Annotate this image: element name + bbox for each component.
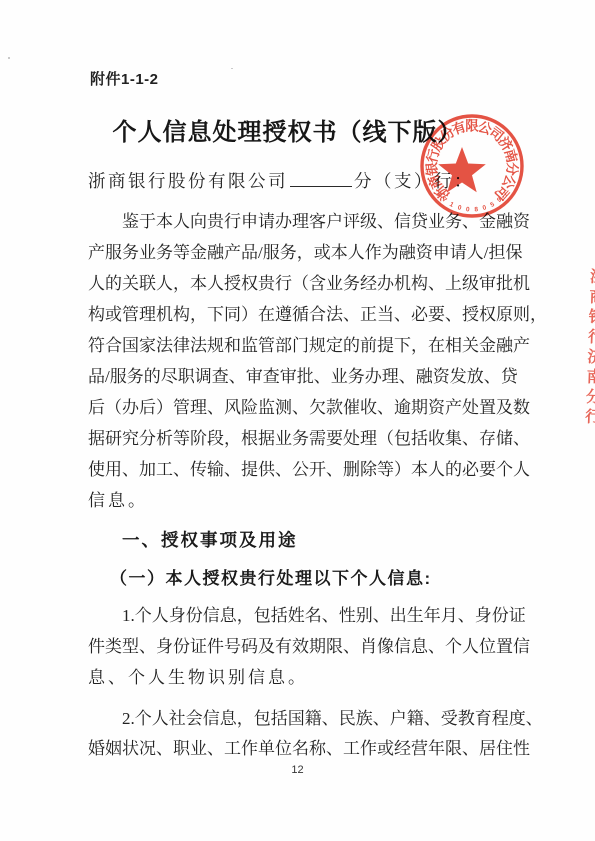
- riding-stamp-fragment: 浙商银行济南分行: [581, 268, 595, 379]
- list-item-line: 婚姻状况、职业、工作单位名称、工作或经营年限、居住性: [88, 733, 514, 764]
- salutation-suffix: 分（支）行：: [354, 171, 474, 191]
- svg-text:南: 南: [502, 147, 521, 165]
- paragraph-line: 据研究分析等阶段，根据业务需要处理（包括收集、存储、: [88, 423, 514, 454]
- svg-text:行: 行: [423, 147, 442, 165]
- document-page: 附件1-1-2 个人信息处理授权书（线下版） 浙商银行股份有限公司分（支）行： …: [0, 0, 595, 841]
- section-heading: 一、授权事项及用途: [122, 525, 298, 556]
- paragraph-line: 构或管理机构，下同）在遵循合法、正当、必要、授权原则，: [88, 299, 514, 330]
- paragraph-line: 符合国家法律法规和监管部门规定的前提下，在相关金融产: [88, 330, 514, 361]
- list-item-line: 件类型、身份证件号码及有效期限、肖像信息、个人位置信: [88, 631, 514, 662]
- paragraph-line: 使用、加工、传输、提供、公开、删除等）本人的必要个人: [88, 454, 514, 485]
- paragraph-line: 后（办后）管理、风险监测、欠款催收、逾期资产处置及数: [88, 392, 514, 423]
- scan-speck: [231, 68, 233, 69]
- svg-text:9: 9: [496, 196, 504, 204]
- svg-text:7: 7: [441, 196, 449, 204]
- fill-in-blank: [290, 169, 352, 188]
- list-item-line: 息、个人生物识别信息。: [88, 662, 514, 693]
- paragraph-line: 品/服务的尽职调查、审查审批、业务办理、融资发放、贷: [88, 361, 514, 392]
- paragraph-line: 人的关联人，本人授权贵行（含业务经办机构、上级审批机: [88, 268, 514, 299]
- paragraph-line: 信息。: [88, 485, 514, 516]
- list-item-line: 2.个人社会信息，包括国籍、民族、户籍、受教育程度、: [88, 703, 514, 734]
- scan-speck: [8, 57, 10, 59]
- paragraph-line: 产服务业务等金融产品/服务，或本人作为融资申请人/担保: [88, 237, 514, 268]
- subsection-heading: （一）本人授权贵行处理以下个人信息:: [110, 563, 432, 594]
- attachment-label: 附件1-1-2: [90, 68, 159, 89]
- list-item-line: 1.个人身份信息，包括姓名、性别、出生年月、身份证: [88, 600, 514, 631]
- paragraph-line: 鉴于本人向贵行申请办理客户评级、信贷业务、金融资: [88, 206, 514, 237]
- salutation-line: 浙商银行股份有限公司分（支）行：: [88, 168, 558, 193]
- bank-name: 浙商银行股份有限公司: [88, 171, 288, 191]
- page-number: 12: [0, 764, 595, 776]
- page-title: 个人信息处理授权书（线下版）: [0, 112, 575, 147]
